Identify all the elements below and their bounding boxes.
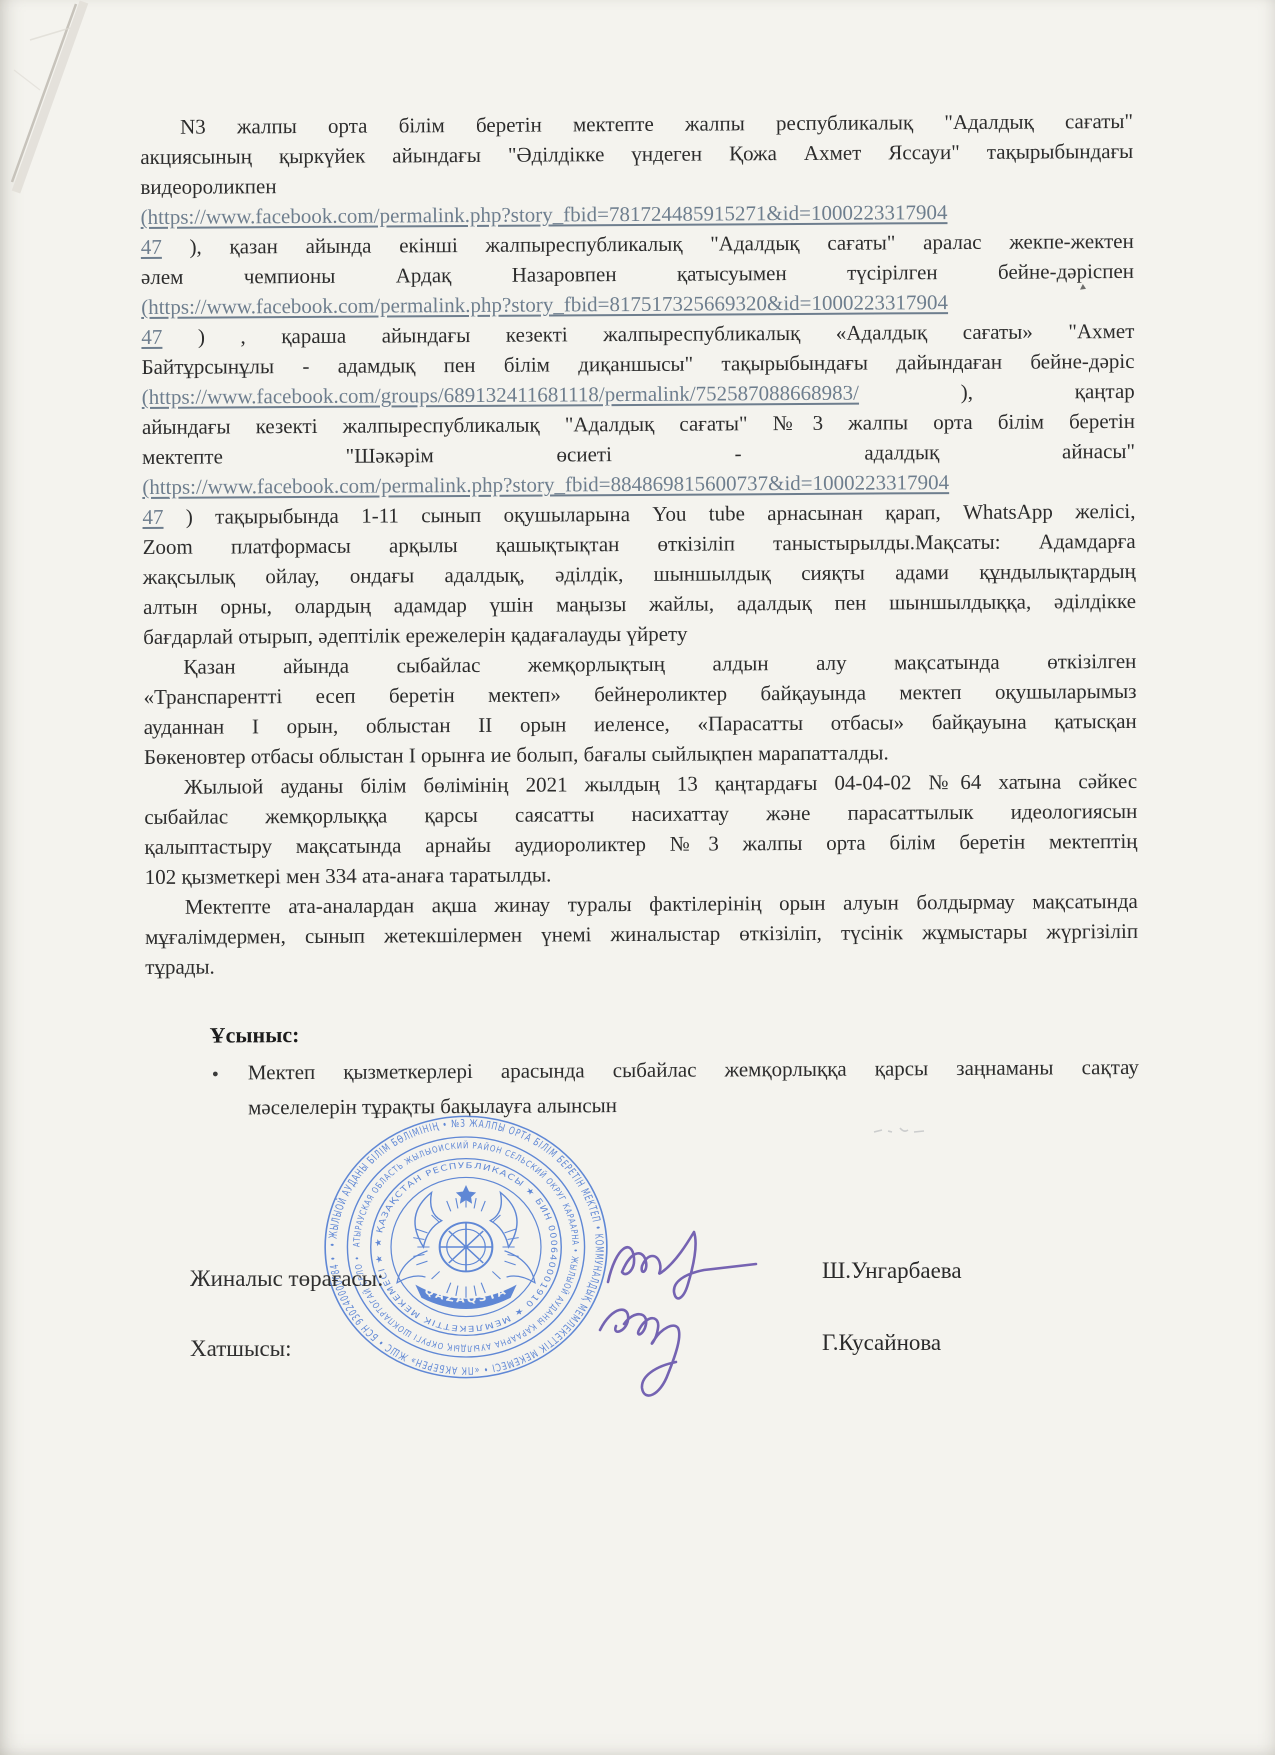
text-run: ) , қараша айындағы кезекті жалпыреспубл… [162,319,1134,349]
scanned-document-page: N3 жалпы орта білім беретін мектепте жал… [0,0,1275,1755]
text-run: Қазан айында сыбайлас жемқорлықтың алдын… [183,649,1136,679]
text-run: ), қаңтар [859,379,1135,405]
text-run: 102 қызметкері мен 334 ата-анаға таратыл… [145,863,552,889]
facebook-link[interactable]: (https://www.facebook.com/permalink.php?… [141,290,948,319]
paragraph: Мектепте ата-аналардан ақша жинау туралы… [145,886,1139,982]
text-run: Бөкеновтер отбасы облыстан I орынға ие б… [144,740,889,769]
document-body: N3 жалпы орта білім беретін мектепте жал… [140,106,1139,1126]
text-run: Байтұрсынұлы - адамдық пен білім диқаншы… [141,349,1134,379]
chairman-name: Ш.Унгарбаева [822,1258,962,1284]
text-run: акциясының қыркүйек айындағы "Әділдікке … [140,139,1133,169]
secretary-name: Г.Кусайнова [822,1330,941,1356]
text-line: Мектеп қызметкерлері арасында сыбайлас ж… [248,1050,1139,1090]
text-run: жақсылық ойлау, ондағы адалдық, әділдік,… [143,559,1136,589]
text-run: Жылыой ауданы білім бөлімінің 2021 жылды… [184,769,1137,799]
facebook-link[interactable]: 47 [141,325,162,349]
facebook-link[interactable]: 47 [141,235,162,259]
text-line: тұрады. [145,946,1138,982]
bullet-icon: • [212,1058,219,1093]
paragraph: Жылыой ауданы білім бөлімінің 2021 жылды… [144,766,1138,892]
text-run: Zoom платформасы арқылы қашықтықтан өткі… [143,529,1136,559]
paragraph: Қазан айында сыбайлас жемқорлықтың алдын… [143,646,1137,772]
text-run: мұғалімдермен, сынып жетекшілермен үнемі… [145,919,1138,949]
signature-secretary [600,1310,679,1396]
text-run: Мектепте ата-аналардан ақша жинау туралы… [185,889,1138,919]
signatures-ink [560,1212,820,1412]
kazakhstan-emblem [397,1185,535,1309]
recommendation-heading: Ұсыныс: [210,1014,1139,1052]
text-line: мұғалімдермен, сынып жетекшілермен үнемі… [145,916,1138,952]
text-line: алтын орны, олардың адамдар үшін маңызы … [143,586,1136,622]
facebook-link[interactable]: (https://www.facebook.com/groups/6891324… [142,381,859,409]
signature-chairman [608,1232,756,1298]
text-line: қалыптастыру мақсатында арнайы аудиороли… [144,826,1137,862]
secretary-label: Хатшысы: [190,1336,292,1362]
facebook-link[interactable]: (https://www.facebook.com/permalink.php?… [142,470,949,499]
text-line: мектепте "Шәкәрім өсиеті - адалдық айнас… [142,436,1135,472]
text-run: тұрады. [145,955,215,979]
text-run: ауданнан I орын, облыстан II орын иеленс… [144,709,1137,739]
text-run: ) тақырыбында 1-11 сынып оқушыларына You… [163,499,1135,529]
facebook-link[interactable]: 47 [142,505,163,529]
text-run: ), қазан айында екінші жалпыреспубликалы… [162,229,1134,259]
text-line: ауданнан I орын, облыстан II орын иеленс… [144,706,1137,742]
text-run: сыбайлас жемқорлыққа қарсы саясатты наси… [144,799,1137,829]
text-line: акциясының қыркүйек айындағы "Әділдікке … [140,136,1133,172]
paragraph: N3 жалпы орта білім беретін мектепте жал… [140,106,1136,652]
text-run: алтын орны, олардың адамдар үшін маңызы … [143,589,1136,619]
text-run: қалыптастыру мақсатында арнайы аудиороли… [144,829,1137,859]
text-run: айындағы кезекті жалпыреспубликалық "Ада… [142,409,1135,439]
paper-fold-crease [0,0,140,210]
body-paragraphs: N3 жалпы орта білім беретін мектепте жал… [140,106,1138,982]
facebook-link[interactable]: (https://www.facebook.com/permalink.php?… [141,200,948,229]
text-run: N3 жалпы орта білім беретін мектепте жал… [180,109,1133,139]
text-run: әлем чемпионы Ардақ Назаровпен қатысуыме… [141,259,1134,289]
ink-smudge [872,1124,936,1138]
text-run: «Транспарентті есеп беретін мектеп» бейн… [144,679,1137,709]
text-run: мектепте "Шәкәрім өсиеті - адалдық айнас… [142,439,1135,469]
text-line: әлем чемпионы Ардақ Назаровпен қатысуыме… [141,256,1134,292]
text-run: видеороликпен [140,174,276,199]
chairman-label: Жиналыс төрағасы: [190,1266,383,1292]
text-run: Мектеп қызметкерлері арасында сыбайлас ж… [248,1055,1139,1084]
text-run: бағдарлай отырып, әдептілік ережелерін қ… [143,622,687,649]
